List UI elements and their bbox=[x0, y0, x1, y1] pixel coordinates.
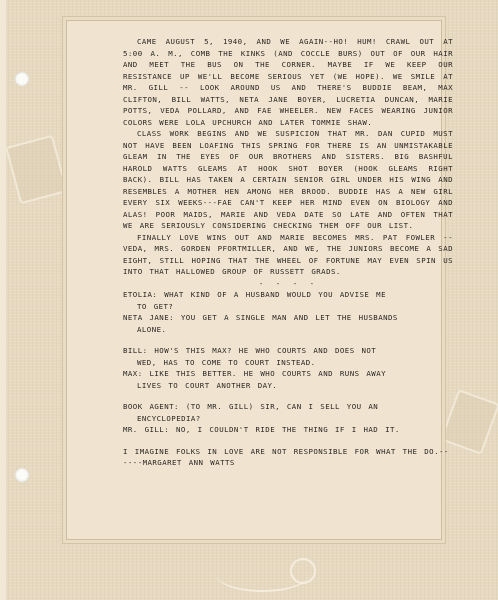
document-body: Came August 5, 1940, and we again--ho! h… bbox=[123, 36, 453, 469]
line-continuation: to get? bbox=[123, 301, 453, 313]
dialogue-block: Etolia: What kind of a husband would you… bbox=[123, 289, 453, 335]
line-text: Like this better. He who courts and runs… bbox=[150, 369, 386, 378]
page-panel: Came August 5, 1940, and we again--ho! h… bbox=[66, 20, 442, 540]
line-text: No, I couldn't ride the thing if I had i… bbox=[176, 425, 400, 434]
spacer bbox=[123, 391, 453, 401]
line-continuation: lives to court another day. bbox=[123, 380, 453, 392]
dialogue-line: Mr. Gill: No, I couldn't ride the thing … bbox=[123, 424, 453, 436]
punch-hole-top bbox=[15, 72, 29, 86]
section-separator: - - - - bbox=[123, 278, 453, 290]
embossed-book-icon bbox=[5, 135, 68, 205]
paragraph: Class work begins and we suspicion that … bbox=[123, 128, 453, 232]
line-continuation: alone. bbox=[123, 324, 453, 336]
dialogue-line: Bill: How's this Max? He who courts and … bbox=[123, 345, 453, 368]
speaker: Neta Jane: bbox=[123, 313, 174, 322]
dialogue-line: Book agent: (To Mr. Gill) Sir, can I sel… bbox=[123, 401, 453, 424]
dialogue-line: Neta Jane: You get a single man and let … bbox=[123, 312, 453, 335]
dialogue-line: Max: Like this better. He who courts and… bbox=[123, 368, 453, 391]
paragraph: Finally love wins out and Marie becomes … bbox=[123, 232, 453, 278]
paragraph: Came August 5, 1940, and we again--ho! h… bbox=[123, 36, 453, 128]
line-text: (To Mr. Gill) Sir, can I sell you an bbox=[186, 402, 378, 411]
dialogue-block: Book agent: (To Mr. Gill) Sir, can I sel… bbox=[123, 401, 453, 436]
spacer bbox=[123, 335, 453, 345]
spacer bbox=[123, 436, 453, 446]
line-text: You get a single man and let the husband… bbox=[181, 313, 398, 322]
line-continuation: wed, has to come to court instead. bbox=[123, 357, 453, 369]
line-text: What kind of a husband would you advise … bbox=[164, 290, 386, 299]
punch-hole-bottom bbox=[15, 468, 29, 482]
speaker: Etolia: bbox=[123, 290, 157, 299]
line-text: How's this Max? He who courts and does n… bbox=[154, 346, 376, 355]
speaker: Book agent: bbox=[123, 402, 179, 411]
closing-quote: I imagine folks in love are not responsi… bbox=[123, 446, 453, 469]
speaker: Bill: bbox=[123, 346, 148, 355]
line-continuation: encyclopedia? bbox=[123, 413, 453, 425]
dialogue-line: Etolia: What kind of a husband would you… bbox=[123, 289, 453, 312]
page-edge bbox=[0, 0, 6, 600]
speaker: Max: bbox=[123, 369, 143, 378]
dialogue-block: Bill: How's this Max? He who courts and … bbox=[123, 345, 453, 391]
speaker: Mr. Gill: bbox=[123, 425, 169, 434]
embossed-ornament-curl-icon bbox=[290, 558, 316, 584]
